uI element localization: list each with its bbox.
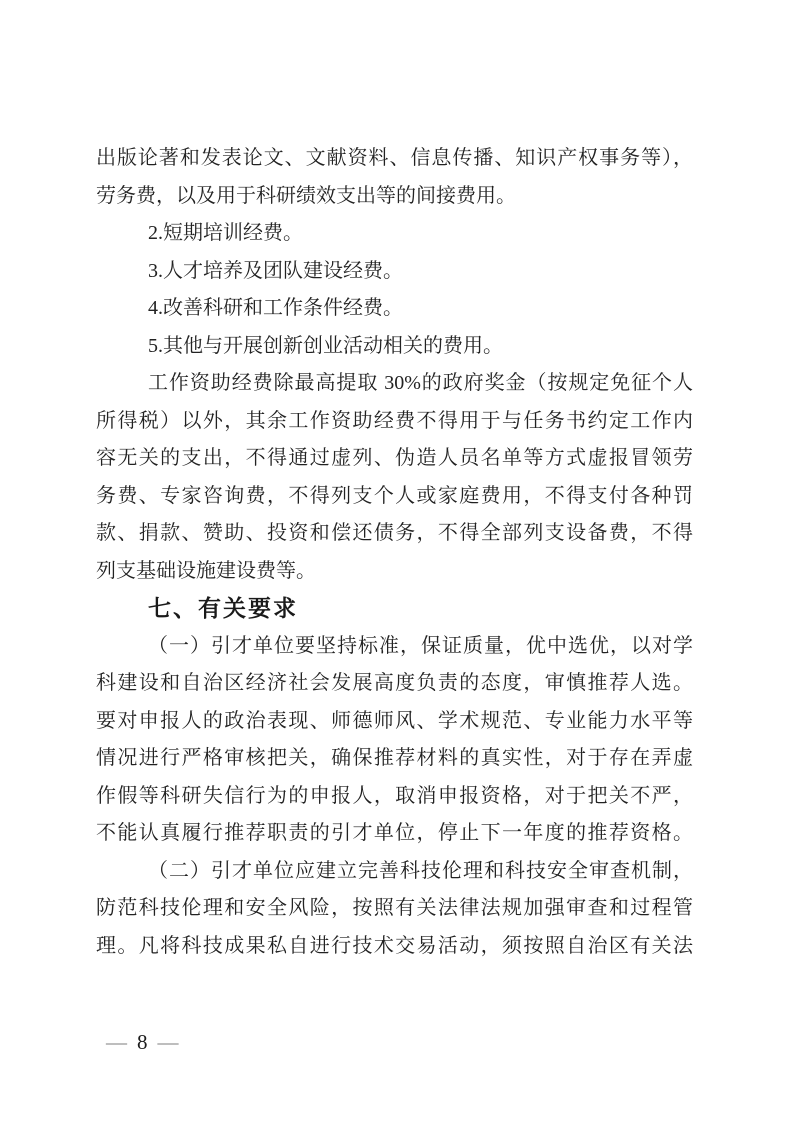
section-heading: 七、有关要求 bbox=[96, 590, 693, 628]
document-line: 容无关的支出，不得通过虚列、伪造人员名单等方式虚报冒领劳 bbox=[96, 440, 693, 478]
document-line: 情况进行严格审核把关，确保推荐材料的真实性，对于存在弄虚 bbox=[96, 740, 693, 778]
document-page: 出版论著和发表论文、文献资料、信息传播、知识产权事务等）， 劳务费，以及用于科研… bbox=[0, 0, 793, 1122]
document-line: 务费、专家咨询费，不得列支个人或家庭费用，不得支付各种罚 bbox=[96, 478, 693, 516]
footer-dash-left: — bbox=[106, 1030, 127, 1054]
document-list-item: 2.短期培训经费。 bbox=[96, 215, 693, 253]
document-list-item: 5.其他与开展创新创业活动相关的费用。 bbox=[96, 328, 693, 366]
document-line: 要对申报人的政治表现、师德师风、学术规范、专业能力水平等 bbox=[96, 703, 693, 741]
document-line: 列支基础设施建设费等。 bbox=[96, 553, 693, 591]
document-line: 劳务费，以及用于科研绩效支出等的间接费用。 bbox=[96, 178, 693, 216]
document-line: 科建设和自治区经济社会发展高度负责的态度，审慎推荐人选。 bbox=[96, 665, 693, 703]
document-line: 款、捐款、赞助、投资和偿还债务，不得全部列支设备费，不得 bbox=[96, 515, 693, 553]
document-line: 防范科技伦理和安全风险，按照有关法律法规加强审查和过程管 bbox=[96, 890, 693, 928]
document-line: 所得税）以外，其余工作资助经费不得用于与任务书约定工作内 bbox=[96, 403, 693, 441]
document-line: 理。凡将科技成果私自进行技术交易活动，须按照自治区有关法 bbox=[96, 928, 693, 966]
document-line: （一）引才单位要坚持标准，保证质量，优中选优，以对学 bbox=[96, 628, 693, 666]
page-number: 8 bbox=[137, 1030, 148, 1054]
document-list-item: 4.改善科研和工作条件经费。 bbox=[96, 290, 693, 328]
document-line: 出版论著和发表论文、文献资料、信息传播、知识产权事务等）， bbox=[96, 140, 693, 178]
document-line: 不能认真履行推荐职责的引才单位，停止下一年度的推荐资格。 bbox=[96, 815, 693, 853]
document-line: 工作资助经费除最高提取 30%的政府奖金（按规定免征个人 bbox=[96, 365, 693, 403]
document-line: 作假等科研失信行为的申报人，取消申报资格，对于把关不严， bbox=[96, 778, 693, 816]
document-line: （二）引才单位应建立完善科技伦理和科技安全审查机制， bbox=[96, 853, 693, 891]
footer-dash-right: — bbox=[158, 1030, 179, 1054]
document-body: 出版论著和发表论文、文献资料、信息传播、知识产权事务等）， 劳务费，以及用于科研… bbox=[96, 140, 693, 965]
document-list-item: 3.人才培养及团队建设经费。 bbox=[96, 253, 693, 291]
page-footer: —8— bbox=[106, 1030, 179, 1054]
